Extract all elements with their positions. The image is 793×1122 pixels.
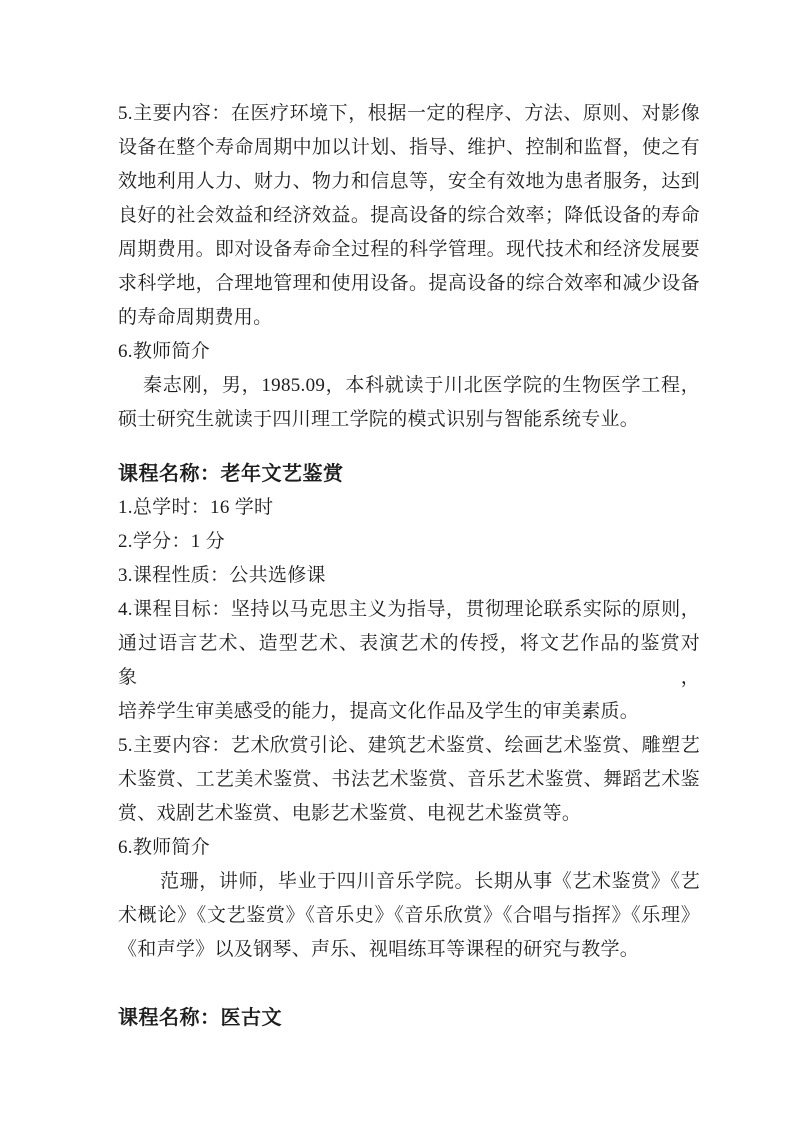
course-type-line: 3.课程性质：公共选修课	[118, 559, 700, 593]
section-medical-classical-chinese-course: 课程名称：医古文	[118, 1001, 700, 1035]
text-line: 效地利用人力、财力、物力和信息等，安全有效地为患者服务，达到	[118, 165, 700, 199]
text-line: 求科学地，合理地管理和使用设备。提高设备的综合效率和减少设备	[118, 267, 700, 301]
teacher-bio-line: 范珊，讲师，毕业于四川音乐学院。长期从事《艺术鉴赏》《艺	[118, 865, 700, 899]
text-line: 周期费用。即对设备寿命全过程的科学管理。现代技术和经济发展要	[118, 233, 700, 267]
text-line: 培养学生审美感受的能力，提高文化作品及学生的审美素质。	[118, 695, 700, 729]
text-line: 术鉴赏、工艺美术鉴赏、书法艺术鉴赏、音乐艺术鉴赏、舞蹈艺术鉴	[118, 763, 700, 797]
text-line: 赏、戏剧艺术鉴赏、电影艺术鉴赏、电视艺术鉴赏等。	[118, 797, 700, 831]
course-credits-line: 2.学分：1 分	[118, 525, 700, 559]
teacher-intro-label: 6.教师简介	[118, 335, 700, 369]
teacher-bio-line: 硕士研究生就读于四川理工学院的模式识别与智能系统专业。	[118, 403, 700, 437]
text-line: 的寿命周期费用。	[118, 301, 700, 335]
course-title: 课程名称：老年文艺鉴赏	[118, 457, 700, 491]
course-hours-line: 1.总学时：16 学时	[118, 491, 700, 525]
document-page: 5.主要内容：在医疗环境下，根据一定的程序、方法、原则、对影像 设备在整个寿命周…	[0, 0, 793, 1122]
teacher-bio-line: 术概论》《文艺鉴赏》《音乐史》《音乐欣赏》《合唱与指挥》《乐理》	[118, 899, 700, 933]
teacher-intro-label: 6.教师简介	[118, 831, 700, 865]
text-line: 5.主要内容：艺术欣赏引论、建筑艺术鉴赏、绘画艺术鉴赏、雕塑艺	[118, 729, 700, 763]
teacher-bio-line: 《和声学》以及钢琴、声乐、视唱练耳等课程的研究与教学。	[118, 933, 700, 967]
course-title: 课程名称：医古文	[118, 1001, 700, 1035]
text-line: 设备在整个寿命周期中加以计划、指导、维护、控制和监督，使之有	[118, 131, 700, 165]
text-line: 4.课程目标：坚持以马克思主义为指导，贯彻理论联系实际的原则，	[118, 593, 700, 627]
section-medical-imaging-equipment-course: 5.主要内容：在医疗环境下，根据一定的程序、方法、原则、对影像 设备在整个寿命周…	[118, 97, 700, 437]
teacher-bio-line: 秦志刚，男，1985.09，本科就读于川北医学院的生物医学工程，	[118, 369, 700, 403]
text-line: 5.主要内容：在医疗环境下，根据一定的程序、方法、原则、对影像	[118, 97, 700, 131]
text-line: 良好的社会效益和经济效益。提高设备的综合效率；降低设备的寿命	[118, 199, 700, 233]
text-line: 通过语言艺术、造型艺术、表演艺术的传授，将文艺作品的鉴赏对象，	[118, 627, 700, 695]
section-elderly-arts-appreciation-course: 课程名称：老年文艺鉴赏 1.总学时：16 学时 2.学分：1 分 3.课程性质：…	[118, 457, 700, 967]
